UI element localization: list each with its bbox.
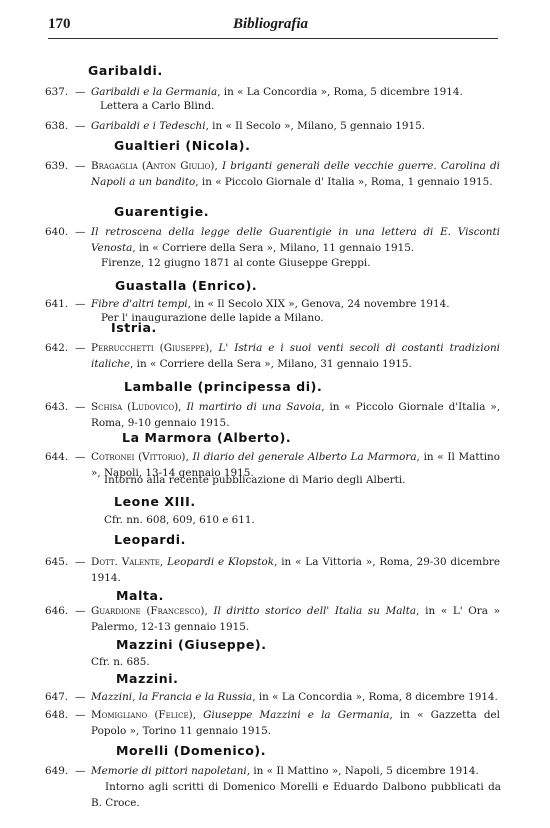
- entry-dash: —: [75, 763, 85, 779]
- entry-dash: —: [75, 158, 85, 174]
- entry-number: 648.: [45, 707, 68, 723]
- running-title: Bibliografia: [233, 16, 308, 33]
- entry-publication: , in « Corriere della Sera », Milano, 11…: [132, 242, 414, 254]
- entry-number: 647.: [45, 689, 68, 705]
- entry-title: Mazzini, la Francia e la Russia: [91, 691, 252, 703]
- entry-author: Perrucchetti (Giuseppe),: [91, 342, 218, 354]
- entry-title: Il diritto storico dell' Italia su Malta: [213, 605, 416, 617]
- entry-dash: —: [75, 296, 85, 312]
- entry-title: Fibre d'altri tempi: [91, 298, 188, 310]
- entry-dash: —: [75, 224, 85, 240]
- entry-title: Giuseppe Mazzini e la Germania: [203, 709, 389, 721]
- entry-dash: —: [75, 449, 85, 465]
- section-heading: Guastalla (Enrico).: [115, 278, 257, 293]
- entry-body: Garibaldi e la Germania, in « La Concord…: [91, 84, 500, 100]
- section-heading: Istria.: [111, 320, 157, 335]
- entry-body: Dott. Valente, Leopardi e Klopstok, in «…: [91, 554, 500, 586]
- entry-title: Memorie di pittori napoletani: [91, 765, 247, 777]
- section-heading: Leopardi.: [114, 532, 186, 547]
- entry-title: Leopardi e Klopstok: [167, 556, 274, 568]
- entry-number: 642.: [45, 340, 68, 356]
- header-rule: [48, 38, 498, 39]
- entry-dash: —: [75, 399, 85, 415]
- entry-note: Firenze, 12 giugno 1871 al conte Giusepp…: [101, 257, 371, 269]
- entry-publication: , in « La Concordia », Roma, 8 dicembre …: [252, 691, 498, 703]
- entry-body: Il retroscena della legge delle Guarenti…: [91, 224, 500, 256]
- section-heading: Mazzini (Giuseppe).: [116, 637, 267, 652]
- entry-author: Guardione (Francesco),: [91, 605, 213, 617]
- entry-dash: —: [75, 707, 85, 723]
- entry-dash: —: [75, 84, 85, 100]
- entry-body: Momigliano (Felice), Giuseppe Mazzini e …: [91, 707, 500, 739]
- entry-body: Schisa (Ludovico), Il martirio di una Sa…: [91, 399, 500, 431]
- entry-body: Guardione (Francesco), Il diritto storic…: [91, 603, 500, 635]
- entry-number: 638.: [45, 118, 68, 134]
- section-heading: Morelli (Domenico).: [116, 743, 266, 758]
- entry-body: Memorie di pittori napoletani, in « Il M…: [91, 763, 500, 779]
- page-header: 170 Bibliografia: [48, 12, 498, 36]
- section-heading: Leone XIII.: [114, 494, 196, 509]
- entry-note: Intorno agli scritti di Domenico Morelli…: [91, 779, 501, 811]
- book-page: 170 Bibliografia Garibaldi. 637. — Garib…: [0, 0, 550, 828]
- entry-dash: —: [75, 554, 85, 570]
- section-heading: Garibaldi.: [88, 63, 163, 78]
- entry-dash: —: [75, 689, 85, 705]
- entry-publication: , in « La Concordia », Roma, 5 dicembre …: [217, 86, 463, 98]
- section-heading: Malta.: [116, 588, 164, 603]
- entry-body: Garibaldi e i Tedeschi, in « Il Secolo »…: [91, 118, 500, 134]
- entry-number: 639.: [45, 158, 68, 174]
- entry-number: 646.: [45, 603, 68, 619]
- entry-publication: , in « Il Secolo », Milano, 5 gennaio 19…: [206, 120, 425, 132]
- section-heading: Guarentigie.: [114, 204, 209, 219]
- entry-title: Garibaldi e la Germania: [91, 86, 217, 98]
- entry-number: 643.: [45, 399, 68, 415]
- entry-dash: —: [75, 340, 85, 356]
- entry-title: Il diario del generale Alberto La Marmor…: [192, 451, 416, 463]
- section-heading: La Marmora (Alberto).: [122, 430, 291, 445]
- entry-body: Fibre d'altri tempi, in « Il Secolo XIX …: [91, 296, 500, 312]
- section-heading: Mazzini.: [116, 671, 178, 686]
- section-heading: Gualtieri (Nicola).: [114, 138, 250, 153]
- entry-author: Schisa (Ludovico),: [91, 401, 186, 413]
- entry-body: Bragaglia (Anton Giulio), I briganti gen…: [91, 158, 500, 190]
- entry-publication: , in « Il Secolo XIX », Genova, 24 novem…: [188, 298, 450, 310]
- entry-publication: , in « Corriere della Sera », Milano, 31…: [130, 358, 412, 370]
- cross-reference: Cfr. n. 685.: [91, 656, 150, 668]
- entry-author: Bragaglia (Anton Giulio),: [91, 160, 222, 172]
- entry-author: Momigliano (Felice),: [91, 709, 203, 721]
- entry-number: 641.: [45, 296, 68, 312]
- entry-number: 644.: [45, 449, 68, 465]
- entry-publication: , in « Il Mattino », Napoli, 5 dicembre …: [247, 765, 479, 777]
- entry-title: Garibaldi e i Tedeschi: [91, 120, 206, 132]
- entry-publication: , in « Piccolo Giornale d' Italia », Rom…: [195, 176, 492, 188]
- entry-dash: —: [75, 603, 85, 619]
- entry-body: Mazzini, la Francia e la Russia, in « La…: [91, 689, 500, 705]
- entry-body: Perrucchetti (Giuseppe), L' Istria e i s…: [91, 340, 500, 372]
- entry-number: 637.: [45, 84, 68, 100]
- entry-number: 649.: [45, 763, 68, 779]
- entry-number: 645.: [45, 554, 68, 570]
- entry-author: Dott. Valente,: [91, 556, 167, 568]
- entry-title: Il martirio di una Savoia: [186, 401, 321, 413]
- entry-note: Intorno alla recente pubblicazione di Ma…: [104, 474, 405, 486]
- entry-note: Lettera a Carlo Blind.: [100, 100, 214, 112]
- entry-author: Cotronei (Vittorio),: [91, 451, 192, 463]
- bibliography-entry: 639. — Bragaglia (Anton Giulio), I briga…: [45, 158, 500, 206]
- section-heading: Lamballe (principessa di).: [124, 379, 322, 394]
- page-number: 170: [48, 16, 71, 33]
- entry-number: 640.: [45, 224, 68, 240]
- cross-reference: Cfr. nn. 608, 609, 610 e 611.: [104, 514, 255, 526]
- entry-dash: —: [75, 118, 85, 134]
